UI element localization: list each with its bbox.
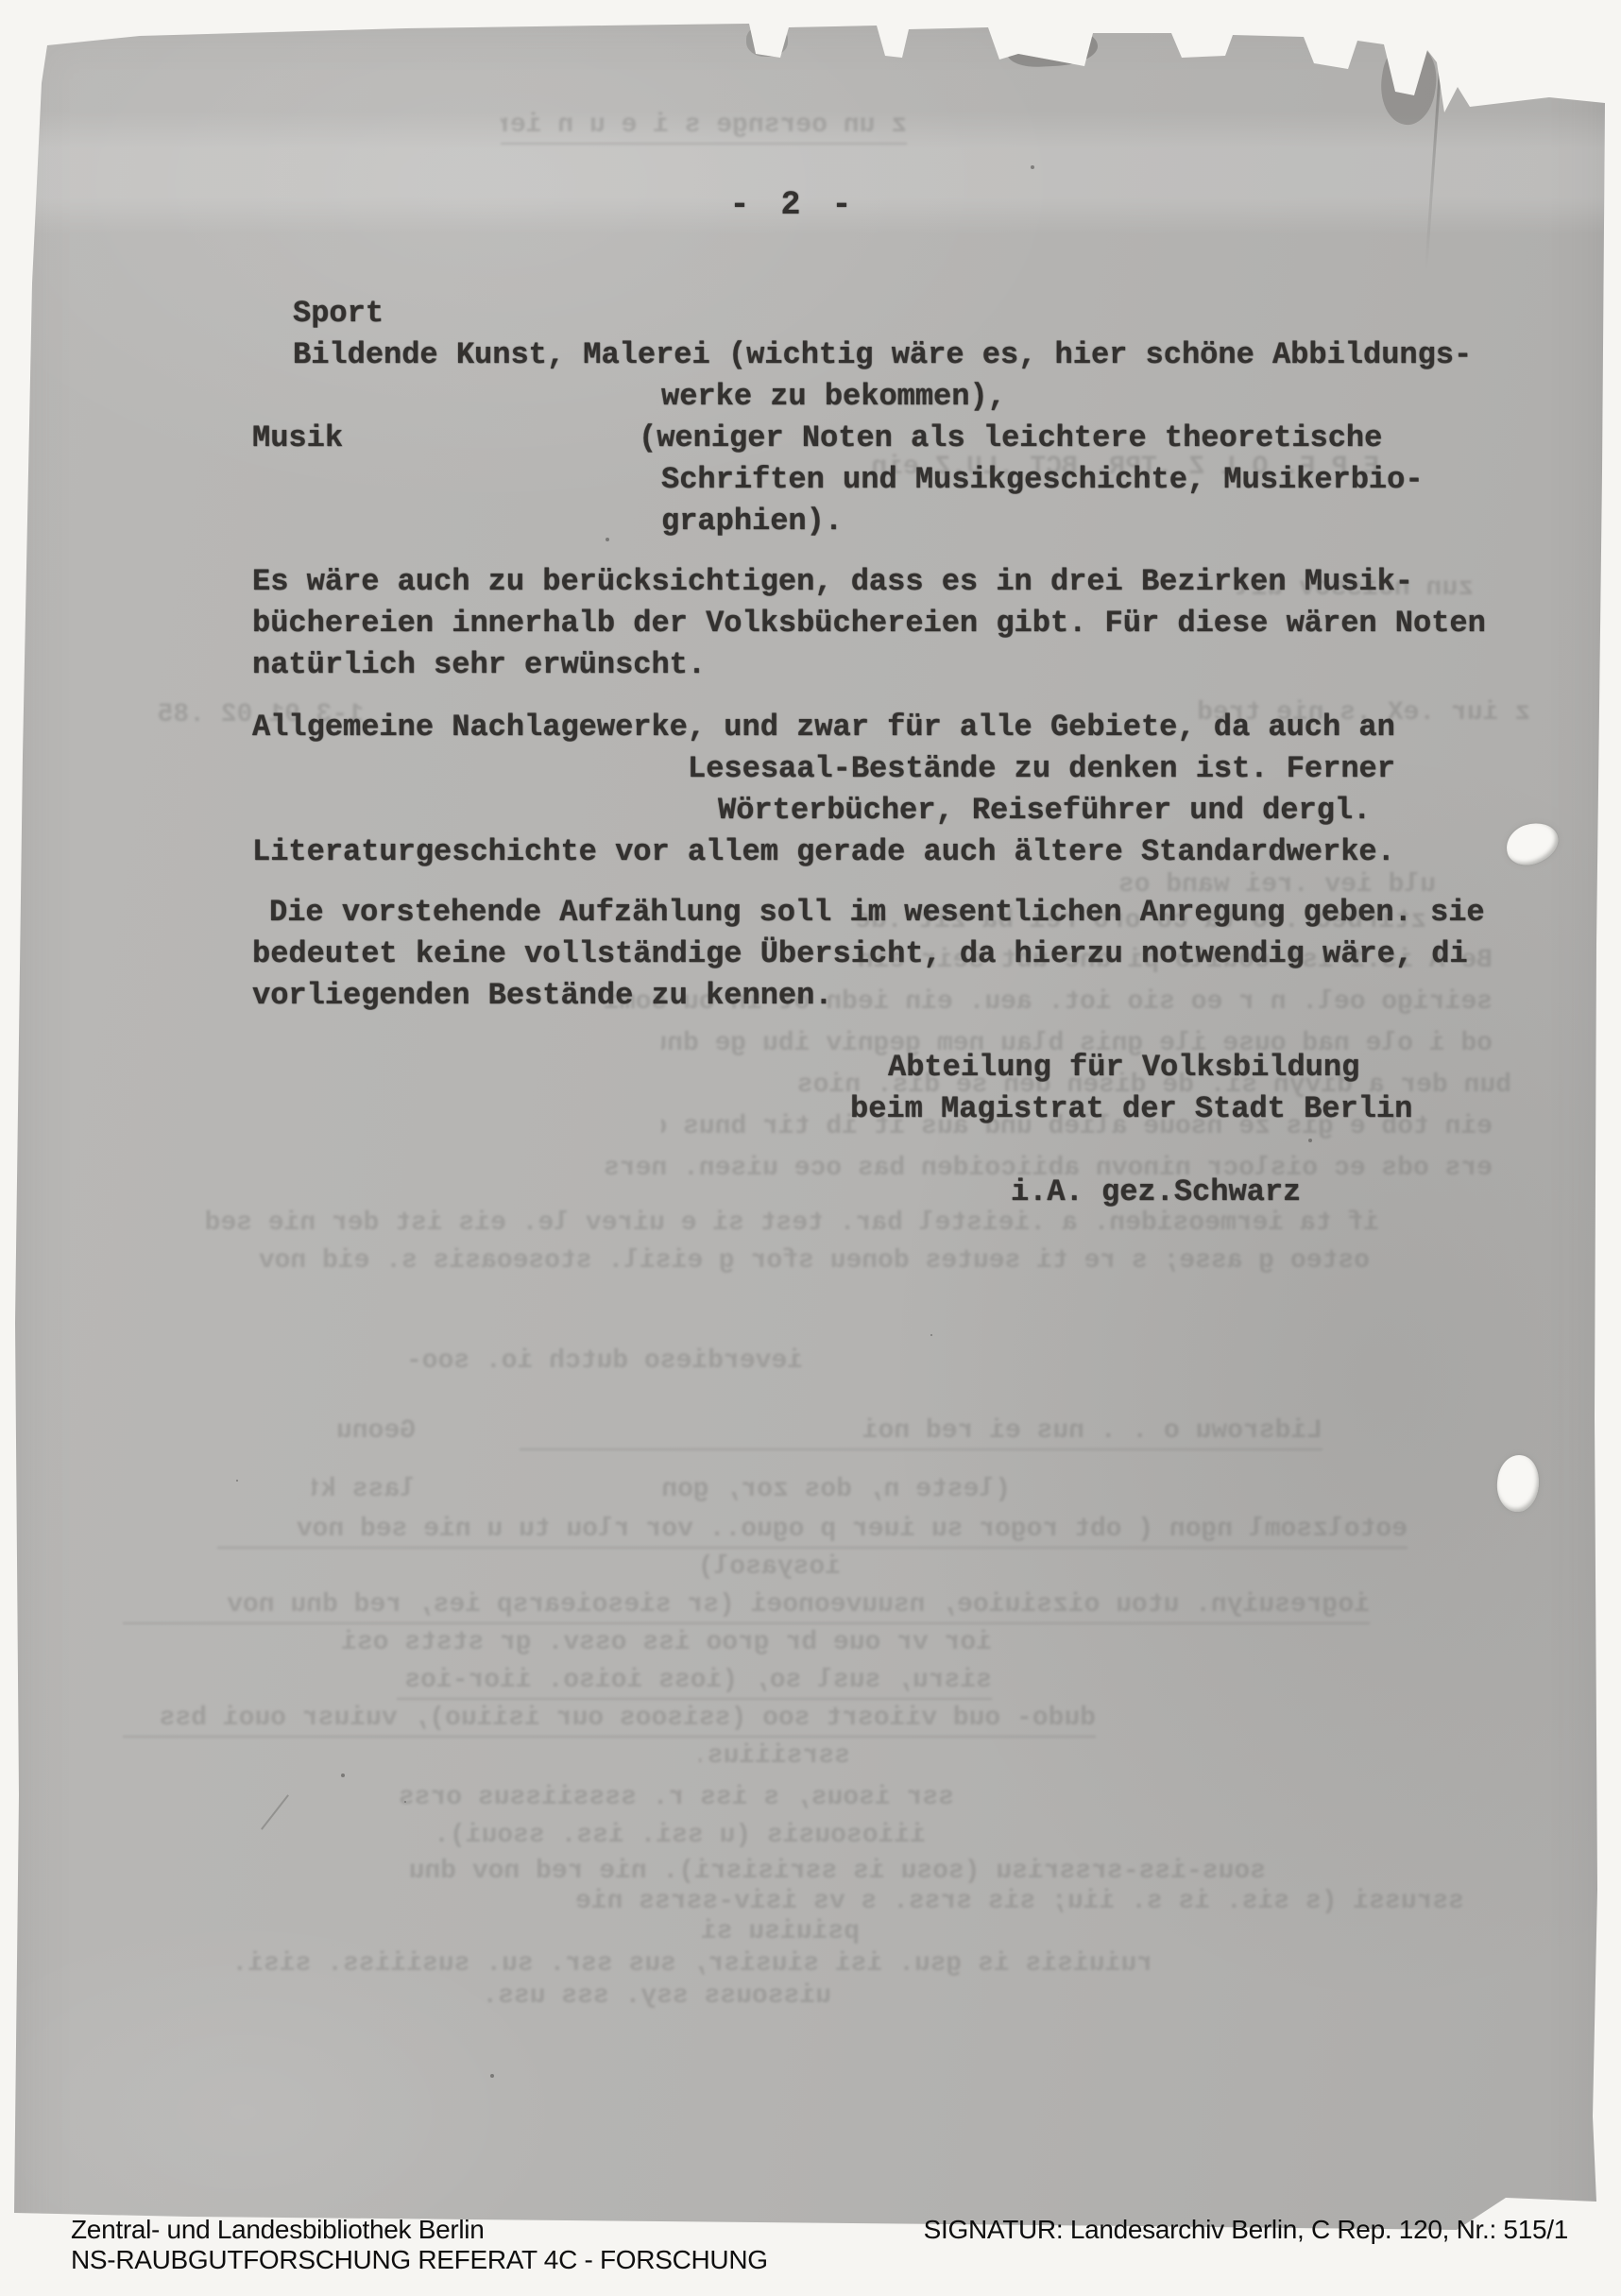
typed-line: Lesesaal-Bestände zu denken ist. Ferner (688, 752, 1395, 787)
typed-line: Sport (293, 297, 384, 332)
typed-line: (weniger Noten als leichtere theoretisch… (639, 421, 1382, 456)
bleedthrough-line: if ta iermeosiden. a .ieistel bar. test … (123, 1208, 1379, 1240)
bleedthrough-line: ruiuisis is gsu. isi siusisr, sus ssr. s… (123, 1948, 1152, 1980)
bleedthrough-line: iogresuiyn. utou oizsiuioe, nsuuveonoei … (123, 1589, 1370, 1624)
typed-line: bedeutet keine vollständige Übersicht, d… (252, 937, 1468, 972)
bleedthrough-line: iosyasol), (699, 1551, 841, 1584)
typed-line: vorliegenden Bestände zu kennen. (252, 979, 833, 1014)
bleedthrough-line: psiuisu sis.) (699, 1916, 860, 1948)
dust-specks (0, 0, 2, 2)
footer-library-block: Zentral- und Landesbibliothek Berlin NS-… (71, 2215, 768, 2275)
typed-line: beim Magistrat der Stadt Berlin (850, 1092, 1412, 1127)
typed-line: werke zu bekommen), (661, 380, 1006, 415)
bleedthrough-line: sisru, susl so, (ioss ioiso. iior-ios ui… (397, 1665, 992, 1700)
bleedthrough-line: Geonu (302, 1415, 416, 1448)
bleedthrough-line: (leste n, dos zor, gonds. sl. tsst), (661, 1474, 1011, 1506)
typed-line: Wörterbücher, Reiseführer und dergl. (718, 794, 1371, 829)
torn-edge-mark (746, 25, 788, 57)
footer-department: NS-RAUBGUTFORSCHUNG REFERAT 4C - FORSCHU… (71, 2245, 768, 2275)
bleedthrough-line: uissouss ssy. sss uss. (425, 1980, 831, 2013)
bleedthrough-line: eotolzsoml ngon ( obt rogor su iuer p og… (217, 1514, 1408, 1549)
bleedthrough-line: ior vr oue br groo iss ossv. gr ststs os… (340, 1627, 992, 1659)
document-paper: z un oersnge s i e u n ierE P F. O L Z .… (0, 0, 1621, 2296)
bleedthrough-line: dudo- oud viiosrt soo (ssisoos our isiiu… (123, 1703, 1096, 1738)
punch-hole-bottom (1494, 1453, 1542, 1514)
typed-line: Es wäre auch zu berücksichtigen, dass es… (252, 565, 1413, 600)
bleedthrough-line: osteo g asse; s re ti seutes doneu sfor … (142, 1245, 1370, 1277)
typed-line: graphien). (661, 505, 843, 540)
typed-line: Schriften und Musikgeschichte, Musikerbi… (661, 463, 1424, 498)
bleedthrough-line: ssrussi (s sis. is s. iiu; sis srss. s v… (312, 1886, 1464, 1918)
paper-crease (261, 1794, 289, 1829)
bleedthrough-line: sous-iss-srssrisu (sosu is ssrisisri). n… (217, 1856, 1266, 1888)
typed-line: Musik (252, 421, 343, 456)
typed-line: Abteilung für Volksbildung (888, 1051, 1359, 1086)
typed-line: Bildende Kunst, Malerei (wichtig wäre es… (293, 338, 1472, 373)
torn-edge-mark (1006, 25, 1099, 69)
bleedthrough-line: z un oersnge s i e u n ier (501, 110, 907, 145)
punch-hole-top (1501, 816, 1563, 870)
bleedthrough-line: iiiosousis (u ssi. iss. ssoui). (312, 1820, 926, 1852)
page-number: - 2 - (713, 187, 874, 224)
typed-line: i.A. gez.Schwarz (1011, 1175, 1301, 1210)
typed-line: büchereien innerhalb der Volksbüchereien… (252, 607, 1486, 642)
bleedthrough-line: ieverdieso dutch io. soo- op og bis (397, 1345, 803, 1378)
typed-line: natürlich sehr erwünscht. (252, 648, 706, 683)
bleedthrough-line: Lidsrowu o . . nus ei red noi (520, 1415, 1322, 1450)
bleedthrough-line: ssrsiiius. (699, 1740, 850, 1773)
typed-line: Allgemeine Nachlagewerke, und zwar für a… (252, 711, 1395, 745)
typed-line: Die vorstehende Aufzählung soll im wesen… (269, 896, 1485, 931)
typed-line: Literaturgeschichte vor allem gerade auc… (252, 835, 1395, 870)
bleedthrough-line: ssr isous, s iss r. ssssiissus orssssss (397, 1782, 954, 1814)
bleedthrough-line: lass ktr (312, 1474, 416, 1506)
scanned-page-canvas: z un oersnge s i e u n ierE P F. O L Z .… (0, 0, 1621, 2296)
